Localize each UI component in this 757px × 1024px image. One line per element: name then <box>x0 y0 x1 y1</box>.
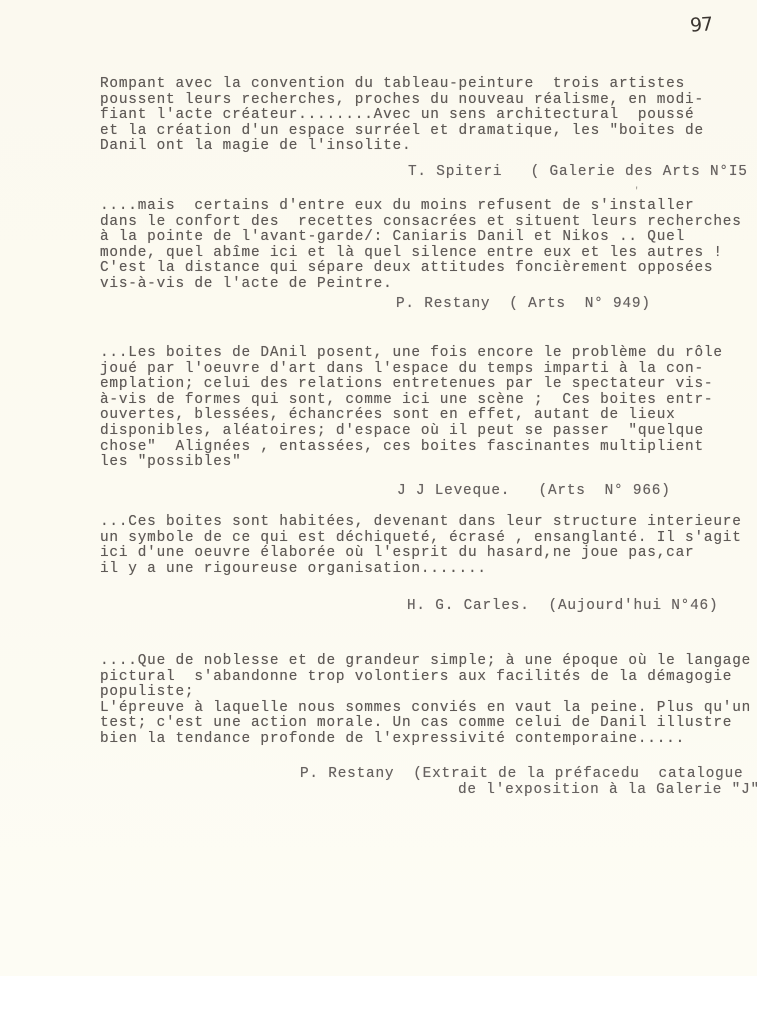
quote-line: disponibles, aléatoires; d'espace où il … <box>100 424 723 440</box>
attribution-carles: H. G. Carles. (Aujourd'hui N°46) <box>407 598 718 614</box>
quote-line: ouvertes, blessées, échancrées sont en e… <box>100 408 723 424</box>
page-number: 97 <box>689 13 713 36</box>
quote-line: vis-à-vis de l'acte de Peintre. <box>100 277 742 293</box>
stray-mark: ' <box>634 186 639 196</box>
quote-restany-arts: ....mais certains d'entre eux du moins r… <box>100 199 742 293</box>
attribution-restany-preface-cont: de l'exposition à la Galerie "J" <box>458 782 757 798</box>
quote-line: les "possibles" <box>100 455 723 471</box>
attribution-leveque: J J Leveque. (Arts N° 966) <box>397 483 671 499</box>
quote-line: fiant l'acte créateur........Avec un sen… <box>100 108 704 124</box>
attribution-spiteri: T. Spiteri ( Galerie des Arts N°I5 <box>408 164 748 180</box>
quote-line: ...Ces boites sont habitées, devenant da… <box>100 515 742 531</box>
quote-line: un symbole de ce qui est déchiqueté, écr… <box>100 531 742 547</box>
quote-line: il y a une rigoureuse organisation......… <box>100 562 742 578</box>
quote-line: chose" Alignées , entassées, ces boites … <box>100 440 723 456</box>
quote-line: joué par l'oeuvre d'art dans l'espace du… <box>100 362 723 378</box>
quote-line: à la pointe de l'avant-garde/: Caniaris … <box>100 230 742 246</box>
quote-line: populiste; <box>100 685 751 701</box>
quote-line: dans le confort des recettes consacrées … <box>100 215 742 231</box>
quote-spiteri: Rompant avec la convention du tableau-pe… <box>100 77 704 155</box>
typewritten-page: 97 Rompant avec la convention du tableau… <box>0 0 757 976</box>
quote-line: poussent leurs recherches, proches du no… <box>100 93 704 109</box>
quote-line: test; c'est une action morale. Un cas co… <box>100 716 751 732</box>
quote-line: Rompant avec la convention du tableau-pe… <box>100 77 704 93</box>
quote-leveque: ...Les boites de DAnil posent, une fois … <box>100 346 723 471</box>
quote-line: ici d'une oeuvre élaborée où l'esprit du… <box>100 546 742 562</box>
quote-line: ....Que de noblesse et de grandeur simpl… <box>100 654 751 670</box>
quote-line: ...Les boites de DAnil posent, une fois … <box>100 346 723 362</box>
quote-line: pictural s'abandonne trop volontiers aux… <box>100 670 751 686</box>
quote-line: emplation; celui des relations entretenu… <box>100 377 723 393</box>
quote-line: Danil ont la magie de l'insolite. <box>100 139 704 155</box>
quote-line: bien la tendance profonde de l'expressiv… <box>100 732 751 748</box>
attribution-restany-preface: P. Restany (Extrait de la préfacedu cata… <box>300 766 743 782</box>
quote-restany-preface: ....Que de noblesse et de grandeur simpl… <box>100 654 751 748</box>
quote-carles: ...Ces boites sont habitées, devenant da… <box>100 515 742 577</box>
quote-line: ....mais certains d'entre eux du moins r… <box>100 199 742 215</box>
attribution-restany-arts: P. Restany ( Arts N° 949) <box>396 296 651 312</box>
quote-line: C'est la distance qui sépare deux attitu… <box>100 261 742 277</box>
